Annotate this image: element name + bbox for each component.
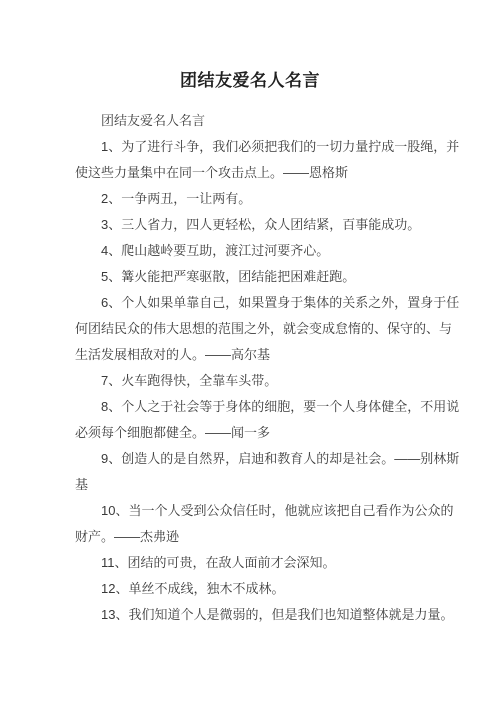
quote-paragraph: 1、为了进行斗争，我们必须把我们的一切力量拧成一股绳，并使这些力量集中在同一个攻…: [75, 134, 461, 186]
quote-paragraph: 11、团结的可贵，在敌人面前才会深知。: [75, 550, 461, 576]
subtitle: 团结友爱名人名言: [75, 108, 461, 134]
quote-paragraph: 3、三人省力，四人更轻松，众人团结紧，百事能成功。: [75, 212, 461, 238]
quote-paragraph: 4、爬山越岭要互助，渡江过河要齐心。: [75, 238, 461, 264]
document-page: 团结友爱名人名言 团结友爱名人名言 1、为了进行斗争，我们必须把我们的一切力量拧…: [0, 0, 500, 707]
document-body: 团结友爱名人名言 1、为了进行斗争，我们必须把我们的一切力量拧成一股绳，并使这些…: [75, 108, 461, 628]
page-title: 团结友爱名人名言: [0, 68, 500, 94]
quote-paragraph: 2、一争两丑，一让两有。: [75, 186, 461, 212]
quote-paragraph: 6、个人如果单靠自己，如果置身于集体的关系之外，置身于任何团结民众的伟大思想的范…: [75, 290, 461, 368]
quote-paragraph: 8、个人之于社会等于身体的细胞，要一个人身体健全，不用说必须每个细胞都健全。——…: [75, 394, 461, 446]
quote-paragraph: 12、单丝不成线，独木不成林。: [75, 576, 461, 602]
quote-paragraph: 5、篝火能把严寒驱散，团结能把困难赶跑。: [75, 264, 461, 290]
quote-paragraph: 7、火车跑得快，全靠车头带。: [75, 368, 461, 394]
quote-paragraph: 9、创造人的是自然界，启迪和教育人的却是社会。——别林斯基: [75, 446, 461, 498]
quote-paragraph: 13、我们知道个人是微弱的，但是我们也知道整体就是力量。: [75, 602, 461, 628]
quote-paragraph: 10、当一个人受到公众信任时，他就应该把自己看作为公众的财产。——杰弗逊: [75, 498, 461, 550]
